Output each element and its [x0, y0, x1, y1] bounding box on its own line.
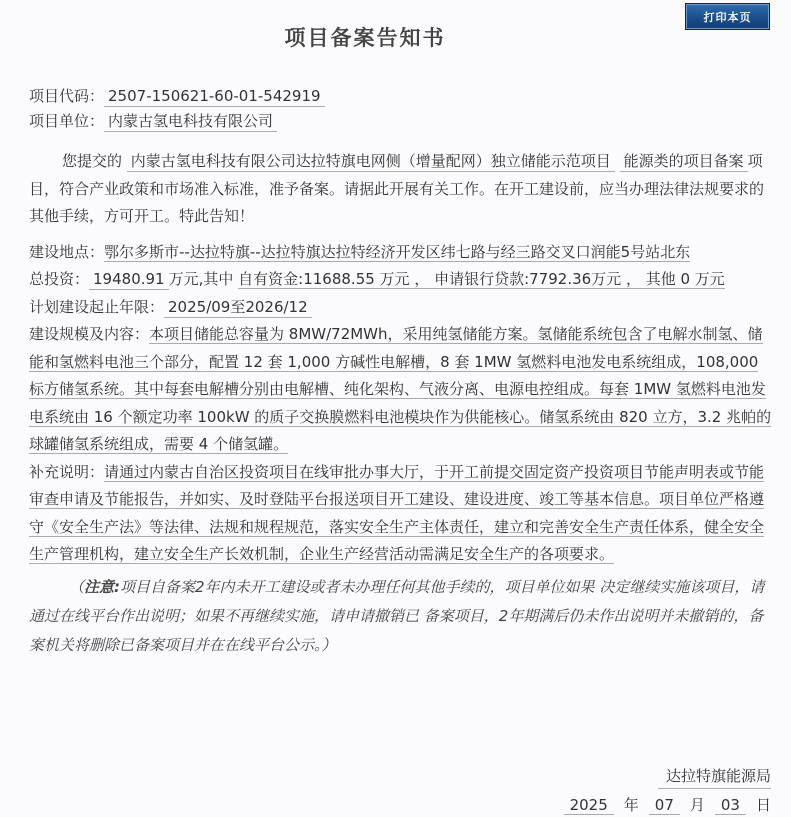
notice-open-paren: （	[69, 578, 84, 596]
supplement-row: 补充说明：请通过内蒙古自治区投资项目在线审批办事大厅，于开工前提交固定资产投资项…	[29, 459, 774, 569]
location-row: 建设地点：鄂尔多斯市--达拉特旗--达拉特旗达拉特经济开发区纬七路与经三路交叉口…	[29, 239, 774, 267]
date-day: 03	[715, 796, 746, 815]
project-code-value: 2507-150621-60-01-542919	[104, 87, 325, 107]
notice-paragraph: （注意:项目自备案2年内未开工建设或者未办理任何其他手续的，项目单位如果 决定继…	[29, 573, 774, 660]
project-unit-row: 项目单位：内蒙古氢电科技有限公司	[29, 110, 774, 133]
project-unit-label: 项目单位：	[29, 112, 104, 130]
date-year: 2025	[564, 796, 614, 815]
issue-date: 2025年07月03日	[564, 794, 771, 815]
intro-paragraph: 您提交的 内蒙古氢电科技有限公司达拉特旗电网侧（增量配网）独立储能示范项目 能源…	[29, 148, 774, 231]
scope-value: 本项目储能总容量为 8MW/72MWh，采用纯氢储能方案。氢储能系统包含了电解水…	[29, 325, 771, 454]
period-label: 计划建设起止年限：	[29, 298, 164, 316]
location-label: 建设地点：	[29, 243, 104, 261]
investment-label: 总投资：	[29, 270, 89, 288]
notice-text: 项目自备案2年内未开工建设或者未办理任何其他手续的，项目单位如果 决定继续实施该…	[29, 578, 764, 654]
intro-project-name: 内蒙古氢电科技有限公司达拉特旗电网侧（增量配网）独立储能示范项目	[127, 152, 615, 172]
intro-prefix: 您提交的	[62, 152, 122, 170]
location-value: 鄂尔多斯市--达拉特旗--达拉特旗达拉特经济开发区纬七路与经三路交叉口润能5号站…	[104, 243, 690, 262]
day-unit: 日	[746, 796, 771, 814]
investment-row: 总投资：19480.91万元,其中 自有资金:11688.55 万元 ， 申请银…	[29, 266, 774, 294]
document-body: 项目代码：2507-150621-60-01-542919 项目单位：内蒙古氢电…	[29, 85, 774, 660]
period-value: 2025/09至2026/12	[164, 298, 312, 318]
year-unit: 年	[614, 796, 649, 814]
period-row: 计划建设起止年限：2025/09至2026/12	[29, 294, 774, 322]
project-code-row: 项目代码：2507-150621-60-01-542919	[29, 85, 774, 108]
notice-label: 注意:	[84, 578, 120, 596]
supplement-label: 补充说明：	[29, 463, 104, 481]
investment-breakdown: 自有资金:11688.55 万元 ， 申请银行贷款:7792.36万元 ， 其他…	[238, 270, 725, 289]
scope-label: 建设规模及内容：	[29, 325, 149, 343]
total-investment-value: 19480.91	[89, 270, 169, 290]
investment-mid: 万元,其中	[169, 270, 234, 288]
intro-category: 能源类的项目备案	[620, 152, 748, 172]
page-title: 项目备案告知书	[0, 22, 730, 52]
project-code-label: 项目代码：	[29, 87, 104, 105]
project-unit-value: 内蒙古氢电科技有限公司	[104, 112, 277, 132]
scope-row: 建设规模及内容：本项目储能总容量为 8MW/72MWh，采用纯氢储能方案。氢储能…	[29, 321, 774, 459]
month-unit: 月	[680, 796, 715, 814]
supplement-value: 请通过内蒙古自治区投资项目在线审批办事大厅，于开工前提交固定资产投资项目节能声明…	[29, 463, 764, 565]
issuing-authority: 达拉特旗能源局	[658, 765, 771, 789]
date-month: 07	[649, 796, 680, 815]
